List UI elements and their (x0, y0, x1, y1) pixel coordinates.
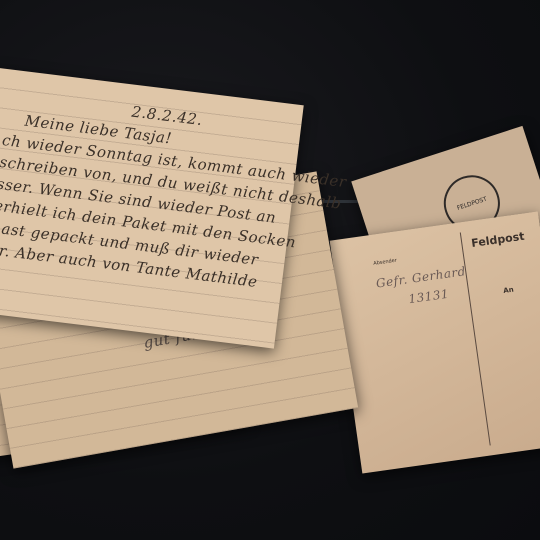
feldpost-card: Feldpost Absender Gefr. Gerhard 13131 An (330, 212, 540, 474)
feldpost-header: Feldpost (471, 230, 526, 250)
main-letter: 2.8.2.42. Meine liebe Tasja! ch wieder S… (0, 66, 304, 348)
field-an: An (503, 286, 514, 295)
sender-name: Gefr. Gerhard (375, 264, 466, 290)
card-divider (460, 232, 491, 445)
sender-label: Absender (373, 258, 397, 267)
sender-number: 13131 (408, 287, 450, 307)
